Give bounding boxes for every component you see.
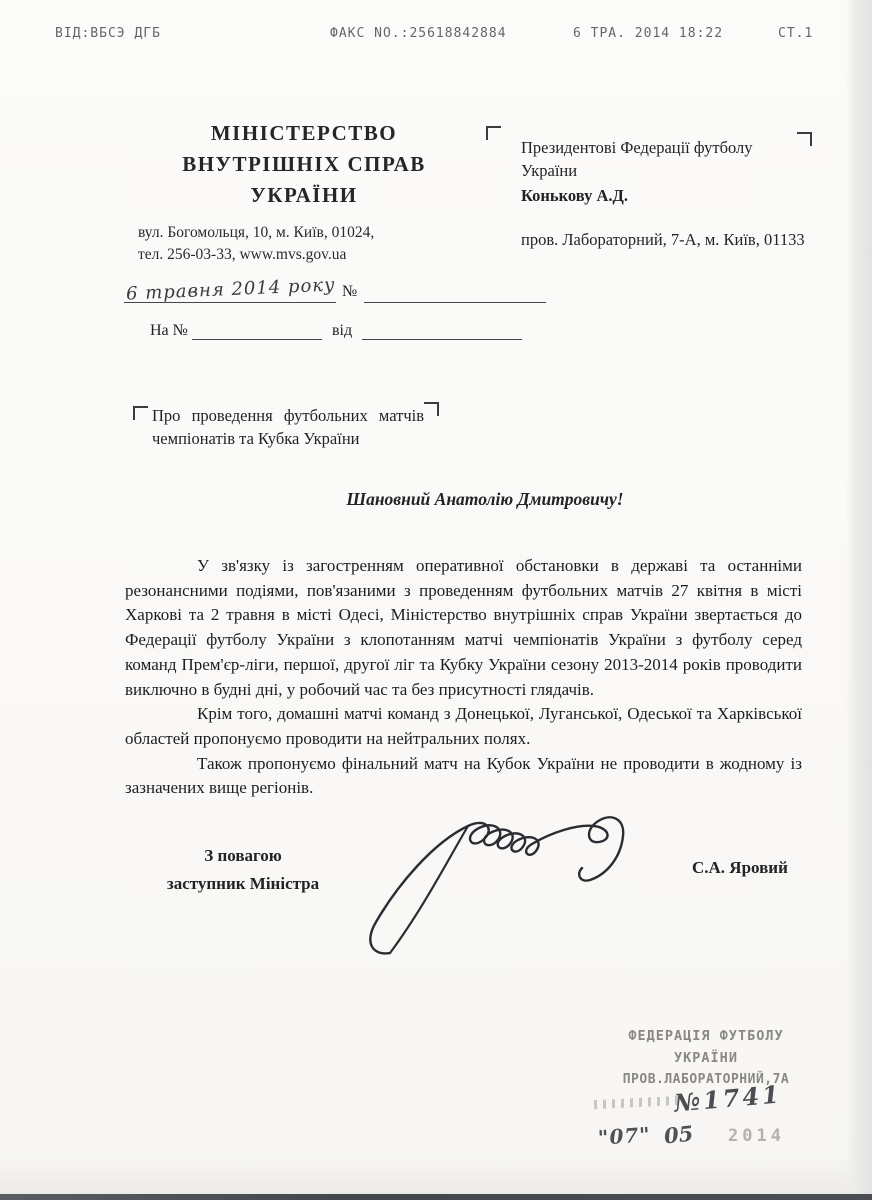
stamp-date-day: "07" <box>597 1122 651 1150</box>
handwritten-date: 6 травня 2014 року <box>126 274 336 304</box>
subject-block: Про проведення футбольних матчів чемпіон… <box>152 404 424 450</box>
date-blank-line <box>124 302 336 303</box>
closing-line-2: заступник Міністра <box>148 870 338 898</box>
closing-line-1: З повагою <box>148 842 338 870</box>
sender-address-line-1: вул. Богомольця, 10, м. Київ, 01024, <box>138 222 498 244</box>
subject-line-1: Про проведення футбольних матчів <box>152 404 424 427</box>
letter-body: У зв'язку із загостренням оперативної об… <box>125 554 802 801</box>
fax-number-label: ФАКС NO.:25618842884 <box>330 26 507 41</box>
fax-from-label: ВІД:ВБСЭ ДГБ <box>55 26 161 41</box>
number-sign-label: № <box>342 283 357 301</box>
fax-page-label: СТ.1 <box>778 26 813 41</box>
stamp-org-line-1: ФЕДЕРАЦІЯ ФУТБОЛУ <box>586 1028 826 1044</box>
stamp-date-month: 05 <box>663 1121 695 1149</box>
body-paragraph-2: Крім того, домашні матчі команд з Донець… <box>125 702 802 751</box>
letterhead-sender-address: вул. Богомольця, 10, м. Київ, 01024, тел… <box>138 222 498 266</box>
stamp-faint-smudge <box>594 1096 682 1110</box>
stamp-org-line-2: УКРАЇНИ <box>586 1050 826 1066</box>
ministry-line-2: ВНУТРІШНІХ СПРАВ <box>128 149 480 180</box>
stamp-date-year: 2014 <box>728 1126 785 1146</box>
subject-line-2: чемпіонатів та Кубка України <box>152 427 424 450</box>
ministry-line-1: МІНІСТЕРСТВО <box>128 118 480 149</box>
stamp-date-line: "07" 05 2014 <box>586 1124 826 1154</box>
handwritten-signature <box>330 806 660 956</box>
closing-block: З повагою заступник Міністра <box>148 842 338 898</box>
recipient-corner-bracket-left <box>486 126 501 140</box>
recipient-line-1: Президентові Федерації футболу <box>521 136 813 159</box>
recipient-address: пров. Лабораторний, 7-А, м. Київ, 01133 <box>521 228 813 251</box>
body-paragraph-3: Також пропонуємо фінальний матч на Кубок… <box>125 752 802 801</box>
body-paragraph-1: У зв'язку із загостренням оперативної об… <box>125 554 802 702</box>
reference-date-line: 6 травня 2014 року № <box>126 281 446 307</box>
recipient-block: Президентові Федерації футболу України К… <box>521 136 813 251</box>
reply-from-blank-line <box>362 339 522 340</box>
sender-address-line-2: тел. 256-03-33, www.mvs.gov.ua <box>138 244 498 266</box>
subject-corner-bracket-right <box>424 402 439 416</box>
reply-from-label: від <box>332 322 352 340</box>
scan-bottom-edge <box>0 1194 872 1200</box>
subject-corner-bracket-left <box>133 406 148 420</box>
receiving-stamp: ФЕДЕРАЦІЯ ФУТБОЛУ УКРАЇНИ ПРОВ.ЛАБОРАТОР… <box>586 1028 826 1087</box>
stamp-address-line: ПРОВ.ЛАБОРАТОРНИЙ,7А <box>586 1072 826 1087</box>
scan-right-edge <box>846 0 872 1200</box>
recipient-name: Конькову А.Д. <box>521 184 813 207</box>
fax-datetime-label: 6 ТРА. 2014 18:22 <box>573 26 723 41</box>
salutation: Шановний Анатолію Дмитровичу! <box>300 489 670 510</box>
letterhead-ministry-title: МІНІСТЕРСТВО ВНУТРІШНІХ СПРАВ УКРАЇНИ <box>128 118 480 211</box>
signer-name: С.А. Яровий <box>692 858 788 878</box>
number-blank-line <box>364 302 546 303</box>
scanned-letter-page: ВІД:ВБСЭ ДГБ ФАКС NO.:25618842884 6 ТРА.… <box>0 0 872 1200</box>
reply-number-blank-line <box>192 339 322 340</box>
scan-bottom-shadow <box>0 1154 872 1194</box>
ministry-line-3: УКРАЇНИ <box>128 180 480 211</box>
reference-reply-line: На № від <box>150 322 470 346</box>
recipient-line-2: України <box>521 159 813 182</box>
reply-number-label: На № <box>150 322 188 340</box>
